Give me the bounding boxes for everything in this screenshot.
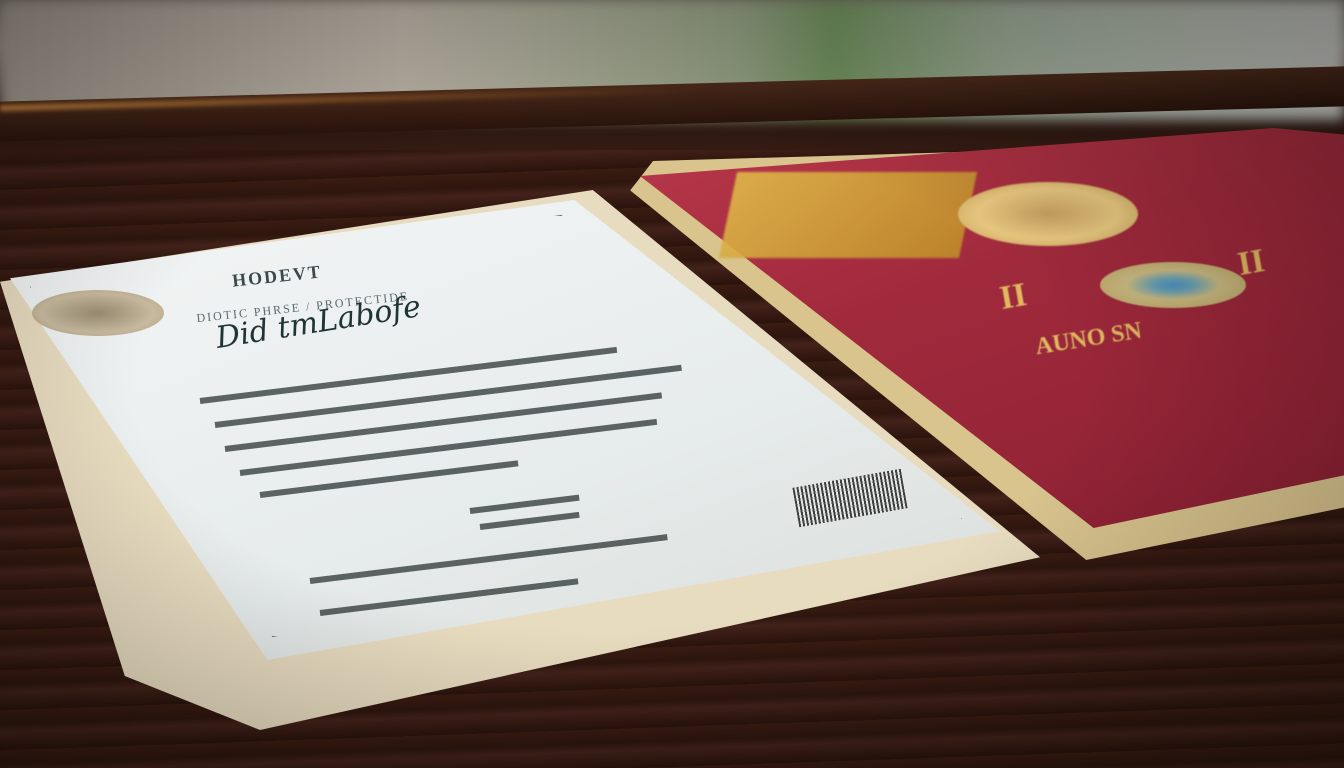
- gold-chip-icon: [719, 172, 977, 258]
- certificate-seal-icon: [32, 290, 164, 336]
- emblem-icon: [1100, 262, 1246, 308]
- gold-seal-icon: [958, 182, 1138, 246]
